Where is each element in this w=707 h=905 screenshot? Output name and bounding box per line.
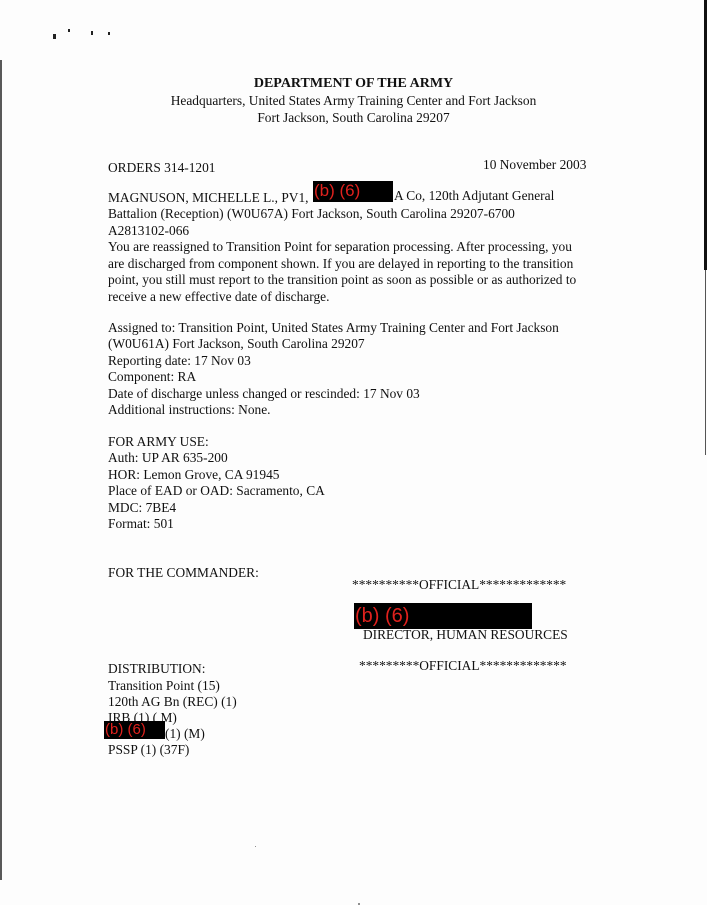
scan-speck <box>68 29 70 32</box>
mdc: MDC: 7BE4 <box>108 500 176 516</box>
scanned-document-page: DEPARTMENT OF THE ARMY Headquarters, Uni… <box>0 0 707 905</box>
orders-date: 10 November 2003 <box>483 157 586 173</box>
assigned-to: Assigned to: Transition Point, United St… <box>108 320 559 336</box>
orders-number: ORDERS 314-1201 <box>108 160 216 176</box>
signer-title: DIRECTOR, HUMAN RESOURCES <box>363 627 568 643</box>
scan-speck <box>53 34 56 39</box>
subject-battalion: Battalion (Reception) (W0U67A) Fort Jack… <box>108 206 515 222</box>
paragraph-line: receive a new effective date of discharg… <box>108 289 329 305</box>
subject-unit: A Co, 120th Adjutant General <box>394 188 554 204</box>
paragraph-line: point, you still must report to the tran… <box>108 272 576 288</box>
for-the-commander: FOR THE COMMANDER: <box>108 565 259 581</box>
subject-id: A2813102-066 <box>108 223 189 239</box>
army-use-heading: FOR ARMY USE: <box>108 434 209 450</box>
redaction-box-signer: (b) (6) <box>354 603 532 629</box>
official-banner-bottom: *********OFFICIAL************* <box>359 658 567 674</box>
paragraph-line: You are reassigned to Transition Point f… <box>108 239 572 255</box>
component: Component: RA <box>108 369 196 385</box>
letterhead-location: Fort Jackson, South Carolina 29207 <box>0 110 707 126</box>
discharge-date: Date of discharge unless changed or resc… <box>108 386 420 402</box>
auth: Auth: UP AR 635-200 <box>108 450 228 466</box>
assigned-location: (W0U61A) Fort Jackson, South Carolina 29… <box>108 336 365 352</box>
scan-speck <box>255 846 256 847</box>
redaction-box-distribution: (b) (6) <box>104 721 165 739</box>
reporting-date: Reporting date: 17 Nov 03 <box>108 353 251 369</box>
letterhead-title: DEPARTMENT OF THE ARMY <box>0 76 707 92</box>
scan-edge-right-thin <box>705 270 706 455</box>
distribution-heading: DISTRIBUTION: <box>108 661 205 677</box>
scan-speck <box>108 32 110 35</box>
place-of-ead: Place of EAD or OAD: Sacramento, CA <box>108 483 325 499</box>
hor: HOR: Lemon Grove, CA 91945 <box>108 467 279 483</box>
letterhead-subtitle: Headquarters, United States Army Trainin… <box>0 93 707 109</box>
format: Format: 501 <box>108 516 174 532</box>
distribution-item: 120th AG Bn (REC) (1) <box>108 694 237 710</box>
scan-edge-left <box>0 60 2 880</box>
distribution-item: PSSP (1) (37F) <box>108 742 189 758</box>
official-banner-top: **********OFFICIAL************* <box>352 577 566 593</box>
paragraph-line: are discharged from component shown. If … <box>108 256 573 272</box>
scan-speck <box>91 31 93 35</box>
additional-instructions: Additional instructions: None. <box>108 402 271 418</box>
distribution-item-suffix: (1) (M) <box>165 726 205 742</box>
distribution-item: Transition Point (15) <box>108 678 220 694</box>
subject-name: MAGNUSON, MICHELLE L., PV1, <box>108 190 309 206</box>
redaction-box-subject: (b) (6) <box>313 181 393 202</box>
